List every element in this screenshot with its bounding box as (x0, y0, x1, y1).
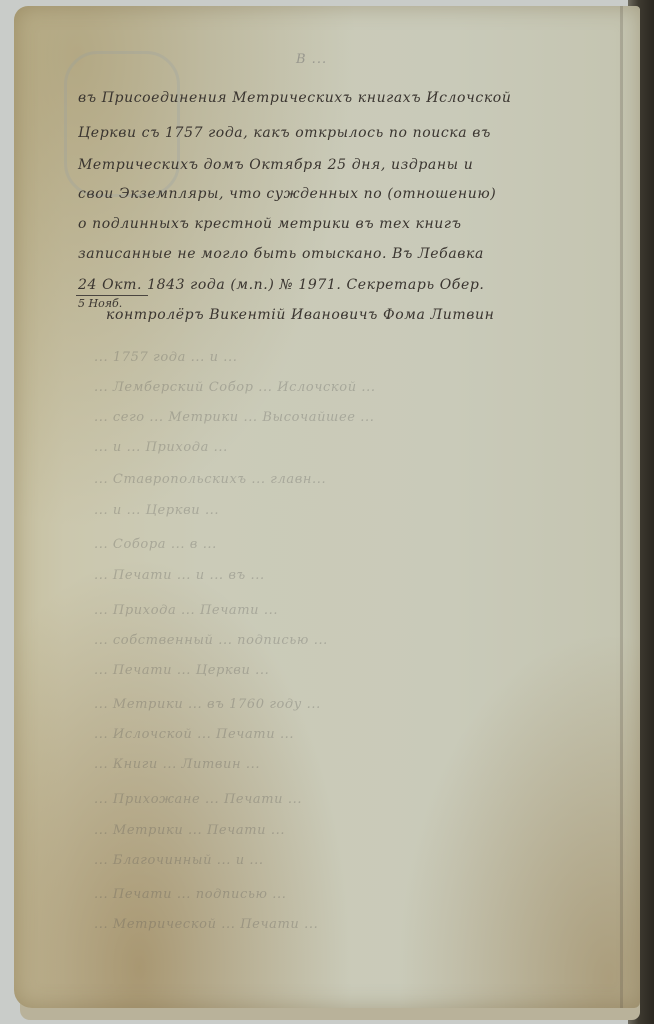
bleed-line: ... Ставропольскихъ ... главн... (94, 472, 326, 487)
bleed-line: ... Собора ... в ... (94, 537, 217, 552)
bleed-line: ... Благочинный ... и ... (94, 853, 264, 868)
text-line-6: записанные не могло быть отыскано. Въ Ле… (78, 246, 484, 262)
bleed-line: ... Метрической ... Печати ... (94, 917, 318, 932)
faded-heading: В ... (296, 52, 327, 67)
text-line-8-signature: контролёръ Викентiй Ивановичъ Фома Литви… (106, 307, 494, 323)
faded-stamp-mark (64, 51, 180, 197)
page-fold-line (620, 6, 623, 1008)
bleed-line: ... Печати ... Церкви ... (94, 663, 269, 678)
bleed-line: ... сего ... Метрики ... Высочайшее ... (94, 410, 374, 425)
bleed-line: ... Печати ... и ... въ ... (94, 568, 265, 583)
bleed-line: ... Прихожане ... Печати ... (94, 792, 302, 807)
text-line-1: въ Присоединения Метрическихъ книгахъ Ис… (78, 90, 511, 106)
margin-rule (76, 295, 148, 296)
text-line-7-date: 24 Окт. 1843 года (м.п.) № 1971. Секрета… (78, 277, 484, 293)
text-line-2: Церкви съ 1757 года, какъ открылось по п… (78, 125, 491, 141)
bleed-line: ... Ислочской ... Печати ... (94, 727, 294, 742)
bleed-line: ... Лемберский Собор ... Ислочской ... (94, 380, 376, 395)
text-line-3: Метрическихъ домъ Октября 25 дня, издран… (78, 157, 473, 173)
bleed-line: ... 1757 года ... и ... (94, 350, 238, 365)
bleed-line: ... и ... Прихода ... (94, 440, 228, 455)
bleed-line: ... Метрики ... Печати ... (94, 823, 285, 838)
bleed-line: ... Печати ... подписью ... (94, 887, 286, 902)
bleed-line: ... Метрики ... въ 1760 году ... (94, 697, 321, 712)
bleed-line: ... Прихода ... Печати ... (94, 603, 278, 618)
bleed-line: ... Книги ... Литвин ... (94, 757, 260, 772)
text-line-4: свои Экземпляры, что сужденных по (отнош… (78, 186, 496, 202)
bleed-line: ... собственный ... подписью ... (94, 633, 328, 648)
bleed-line: ... и ... Церкви ... (94, 503, 219, 518)
text-line-5: о подлинныхъ крестной метрики въ тех кни… (78, 216, 462, 232)
